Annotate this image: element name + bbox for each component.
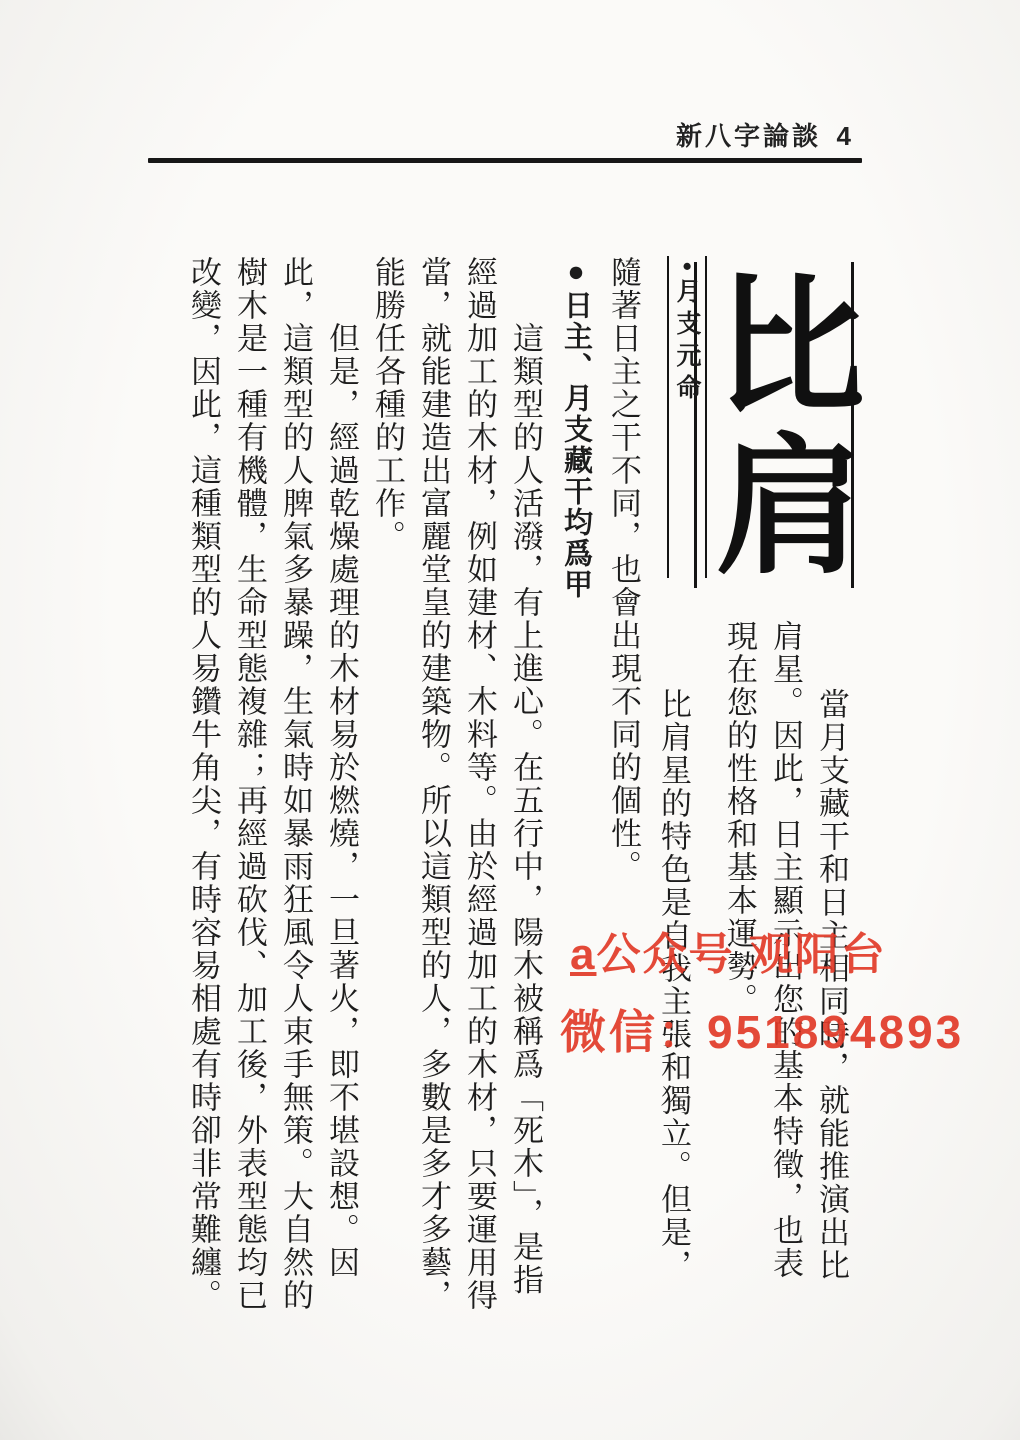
book-title: 新八字論談: [676, 116, 821, 153]
watermark-line1: a公众号 观阳台: [570, 918, 887, 982]
text-column: 改變，因此，這種類型的人易鑽牛角尖，有時容易相處有時卻非常難纏。: [184, 256, 222, 1312]
text-column: 比肩星的特色是自我主張和獨立。但是，: [654, 688, 692, 1282]
text-column: 當月支藏干和日主相同時，就能推演出比: [812, 688, 850, 1282]
chapter-title: 比肩: [698, 266, 852, 588]
text-column: 當，就能建造出富麗堂皇的建築物。所以這類型的人，多數是多才多藝，: [414, 256, 452, 1312]
page-header: 新八字論談 4: [676, 116, 854, 150]
section-label-rule-right: [705, 256, 707, 578]
page-number: 4: [837, 121, 854, 152]
text-column: 樹木是一種有機體，生命型態複雜；再經過砍伐、加工後，外表型態均已: [230, 256, 268, 1312]
scanned-book-page: 新八字論談 4 比肩 •月支元命 隨著日主之干不同，也會出現不同的個性。 當月支…: [0, 0, 1020, 1440]
watermark-prefix: a: [570, 930, 596, 979]
header-rule: [148, 158, 862, 163]
section-label-rule-left: [667, 256, 669, 578]
text-column: 經過加工的木材，例如建材、木料等。由於經過加工的木材，只要運用得: [460, 256, 498, 1312]
text-column: 此，這類型的人脾氣多暴躁，生氣時如暴雨狂風令人束手無策。大自然的: [276, 256, 314, 1312]
watermark-line2: 微信：951894893: [560, 996, 964, 1062]
intro-column: 隨著日主之干不同，也會出現不同的個性。: [604, 256, 642, 883]
text-column: 但是，經過乾燥處理的木材易於燃燒，一旦著火，即不堪設想。因: [322, 322, 360, 1279]
text-column: 能勝任各種的工作。: [368, 256, 406, 553]
watermark-account: 公众号 观阳台: [596, 930, 886, 979]
subheading-column: ●日主、月支藏干均爲甲: [556, 256, 596, 600]
section-label: •月支元命: [671, 262, 703, 406]
text-column: 這類型的人活潑，有上進心。在五行中，陽木被稱爲「死木」，是指: [506, 322, 544, 1297]
